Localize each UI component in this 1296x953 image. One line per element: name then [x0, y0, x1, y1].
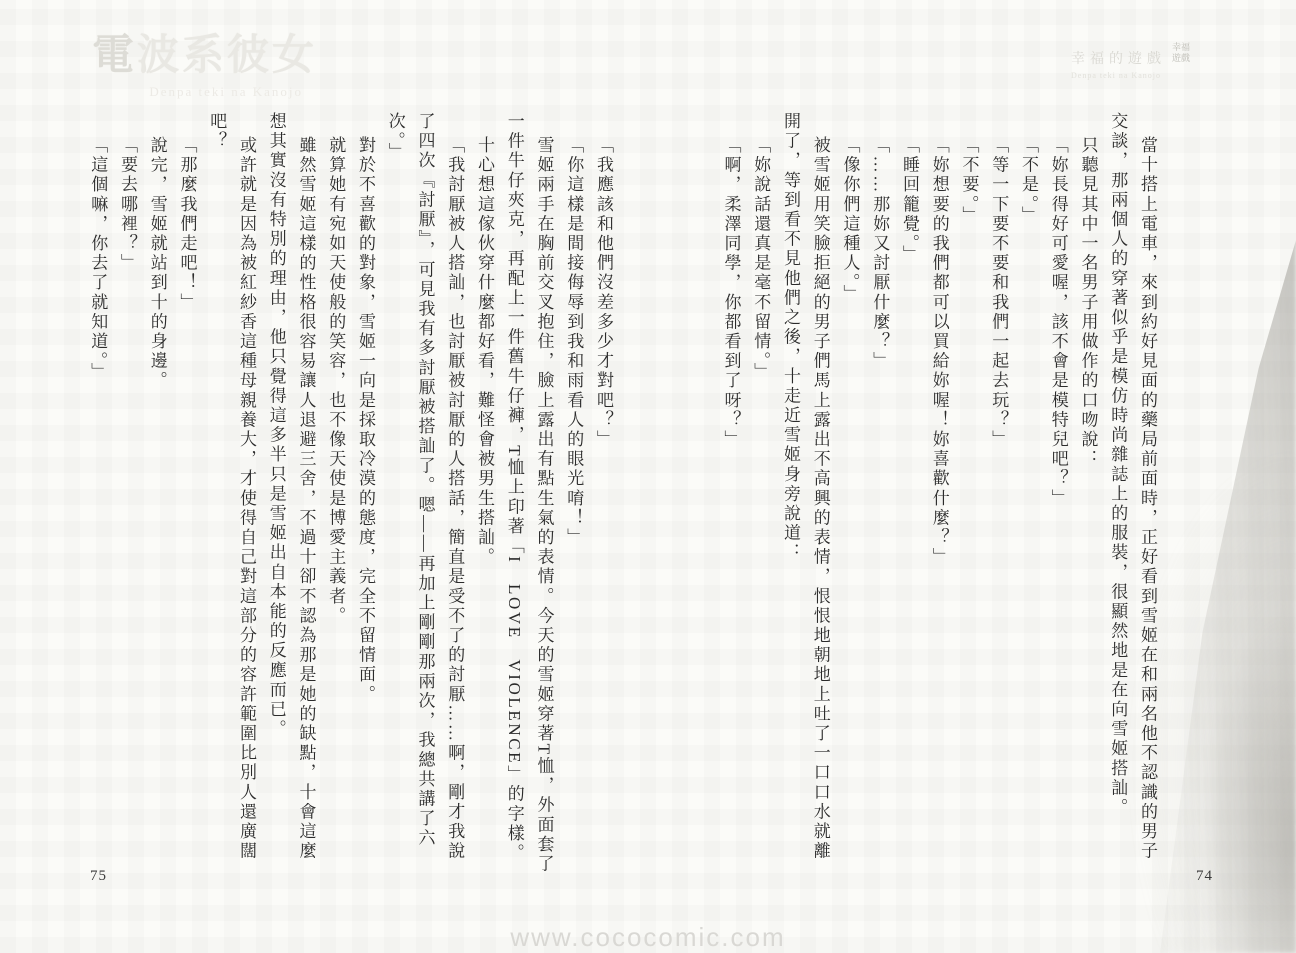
paragraph: 當十搭上電車，來到約好見面的藥局前面時，正好看到雪姬在和兩名他不認識的男子交談，…: [1103, 112, 1163, 874]
book-logo-title: 電波系彼女: [92, 22, 317, 82]
paragraph: 「睡回籠覺。」: [894, 112, 924, 874]
watermark-url: www.cococomic.com: [0, 922, 1296, 953]
paragraph: 「你這樣是間接侮辱到我和雨看人的眼光唷！」: [559, 112, 589, 874]
paragraph: 就算她有宛如天使般的笑容，也不像天使是博愛主義者。: [321, 112, 351, 874]
paragraph: 「妳說話還真是毫不留情。」: [746, 112, 776, 874]
paragraph: 或許就是因為被紅紗香這種母親養大，才使得自己對這部分的容許範圍比別人還廣闊吧？: [202, 112, 262, 874]
paragraph: 「不是。」: [1013, 112, 1043, 874]
paragraph: 「那麼我們走吧！」: [172, 112, 202, 874]
paragraph: 「不要。」: [954, 112, 984, 874]
paragraph: 被雪姬用笑臉拒絕的男子們馬上露出不高興的表情，恨恨地朝地上吐了一口口水就離開了，…: [775, 112, 835, 874]
paragraph: 「像你們這種人。」: [835, 112, 865, 874]
paragraph: 「我應該和他們沒差多少才對吧？」: [588, 112, 618, 874]
book-logo-title-rest: 波系彼女: [137, 33, 317, 79]
paragraph: 說完，雪姬就站到十的身邊。: [142, 112, 172, 874]
paragraph: 「我討厭被人搭訕，也討厭被討厭的人搭話，簡直是受不了的討厭……啊，剛才我說了四次…: [380, 112, 469, 874]
paragraph: 雪姬兩手在胸前交叉抱住，臉上露出有點生氣的表情。今天的雪姬穿著T恤，外面套了一件…: [499, 112, 559, 874]
paragraph: 十心想這傢伙穿什麼都好看，難怪會被男生搭訕。: [469, 112, 499, 874]
page-74-text: 當十搭上電車，來到約好見面的藥局前面時，正好看到雪姬在和兩名他不認識的男子交談，…: [716, 112, 1162, 874]
series-mark: 幸福的遊戲幸福遊戲 Denpa teki na Kanojo: [1071, 48, 1196, 80]
paragraph: 雖然雪姬這樣的性格很容易讓人退避三舍，不過十卻不認為那是她的缺點，十會這麼想其實…: [261, 112, 321, 874]
book-logo: 電波系彼女 Denpa teki na Kanojo: [92, 22, 317, 100]
paragraph: 「妳想要的我們都可以買給妳喔！妳喜歡什麼？」: [924, 112, 954, 874]
page-number-75: 75: [90, 868, 107, 885]
paragraph: 對於不喜歡的對象，雪姬一向是採取冷漠的態度，完全不留情面。: [350, 112, 380, 874]
series-badge: 幸福遊戲: [1172, 42, 1196, 64]
paragraph: 「啊，柔澤同學，你都看到了呀？」: [716, 112, 746, 874]
paragraph: 「等一下要不要和我們一起去玩？」: [984, 112, 1014, 874]
book-logo-title-first-char: 電: [92, 33, 137, 79]
paragraph: 「……那妳又討厭什麼？」: [865, 112, 895, 874]
book-logo-subtitle: Denpa teki na Kanojo: [92, 84, 317, 100]
series-subtitle-latin: Denpa teki na Kanojo: [1071, 71, 1196, 80]
paragraph: 「這個嘛，你去了就知道。」: [83, 112, 113, 874]
page-number-74: 74: [1196, 868, 1213, 885]
paragraph: 「妳長得好可愛喔，該不會是模特兒吧？」: [1043, 112, 1073, 874]
page-75-text: 「我應該和他們沒差多少才對吧？」「你這樣是間接侮辱到我和雨看人的眼光唷！」雪姬兩…: [83, 112, 619, 874]
paragraph: 「要去哪裡？」: [112, 112, 142, 874]
paragraph: 只聽見其中一名男子用做作的口吻說：: [1073, 112, 1103, 874]
series-title: 幸福的遊戲: [1071, 48, 1166, 68]
